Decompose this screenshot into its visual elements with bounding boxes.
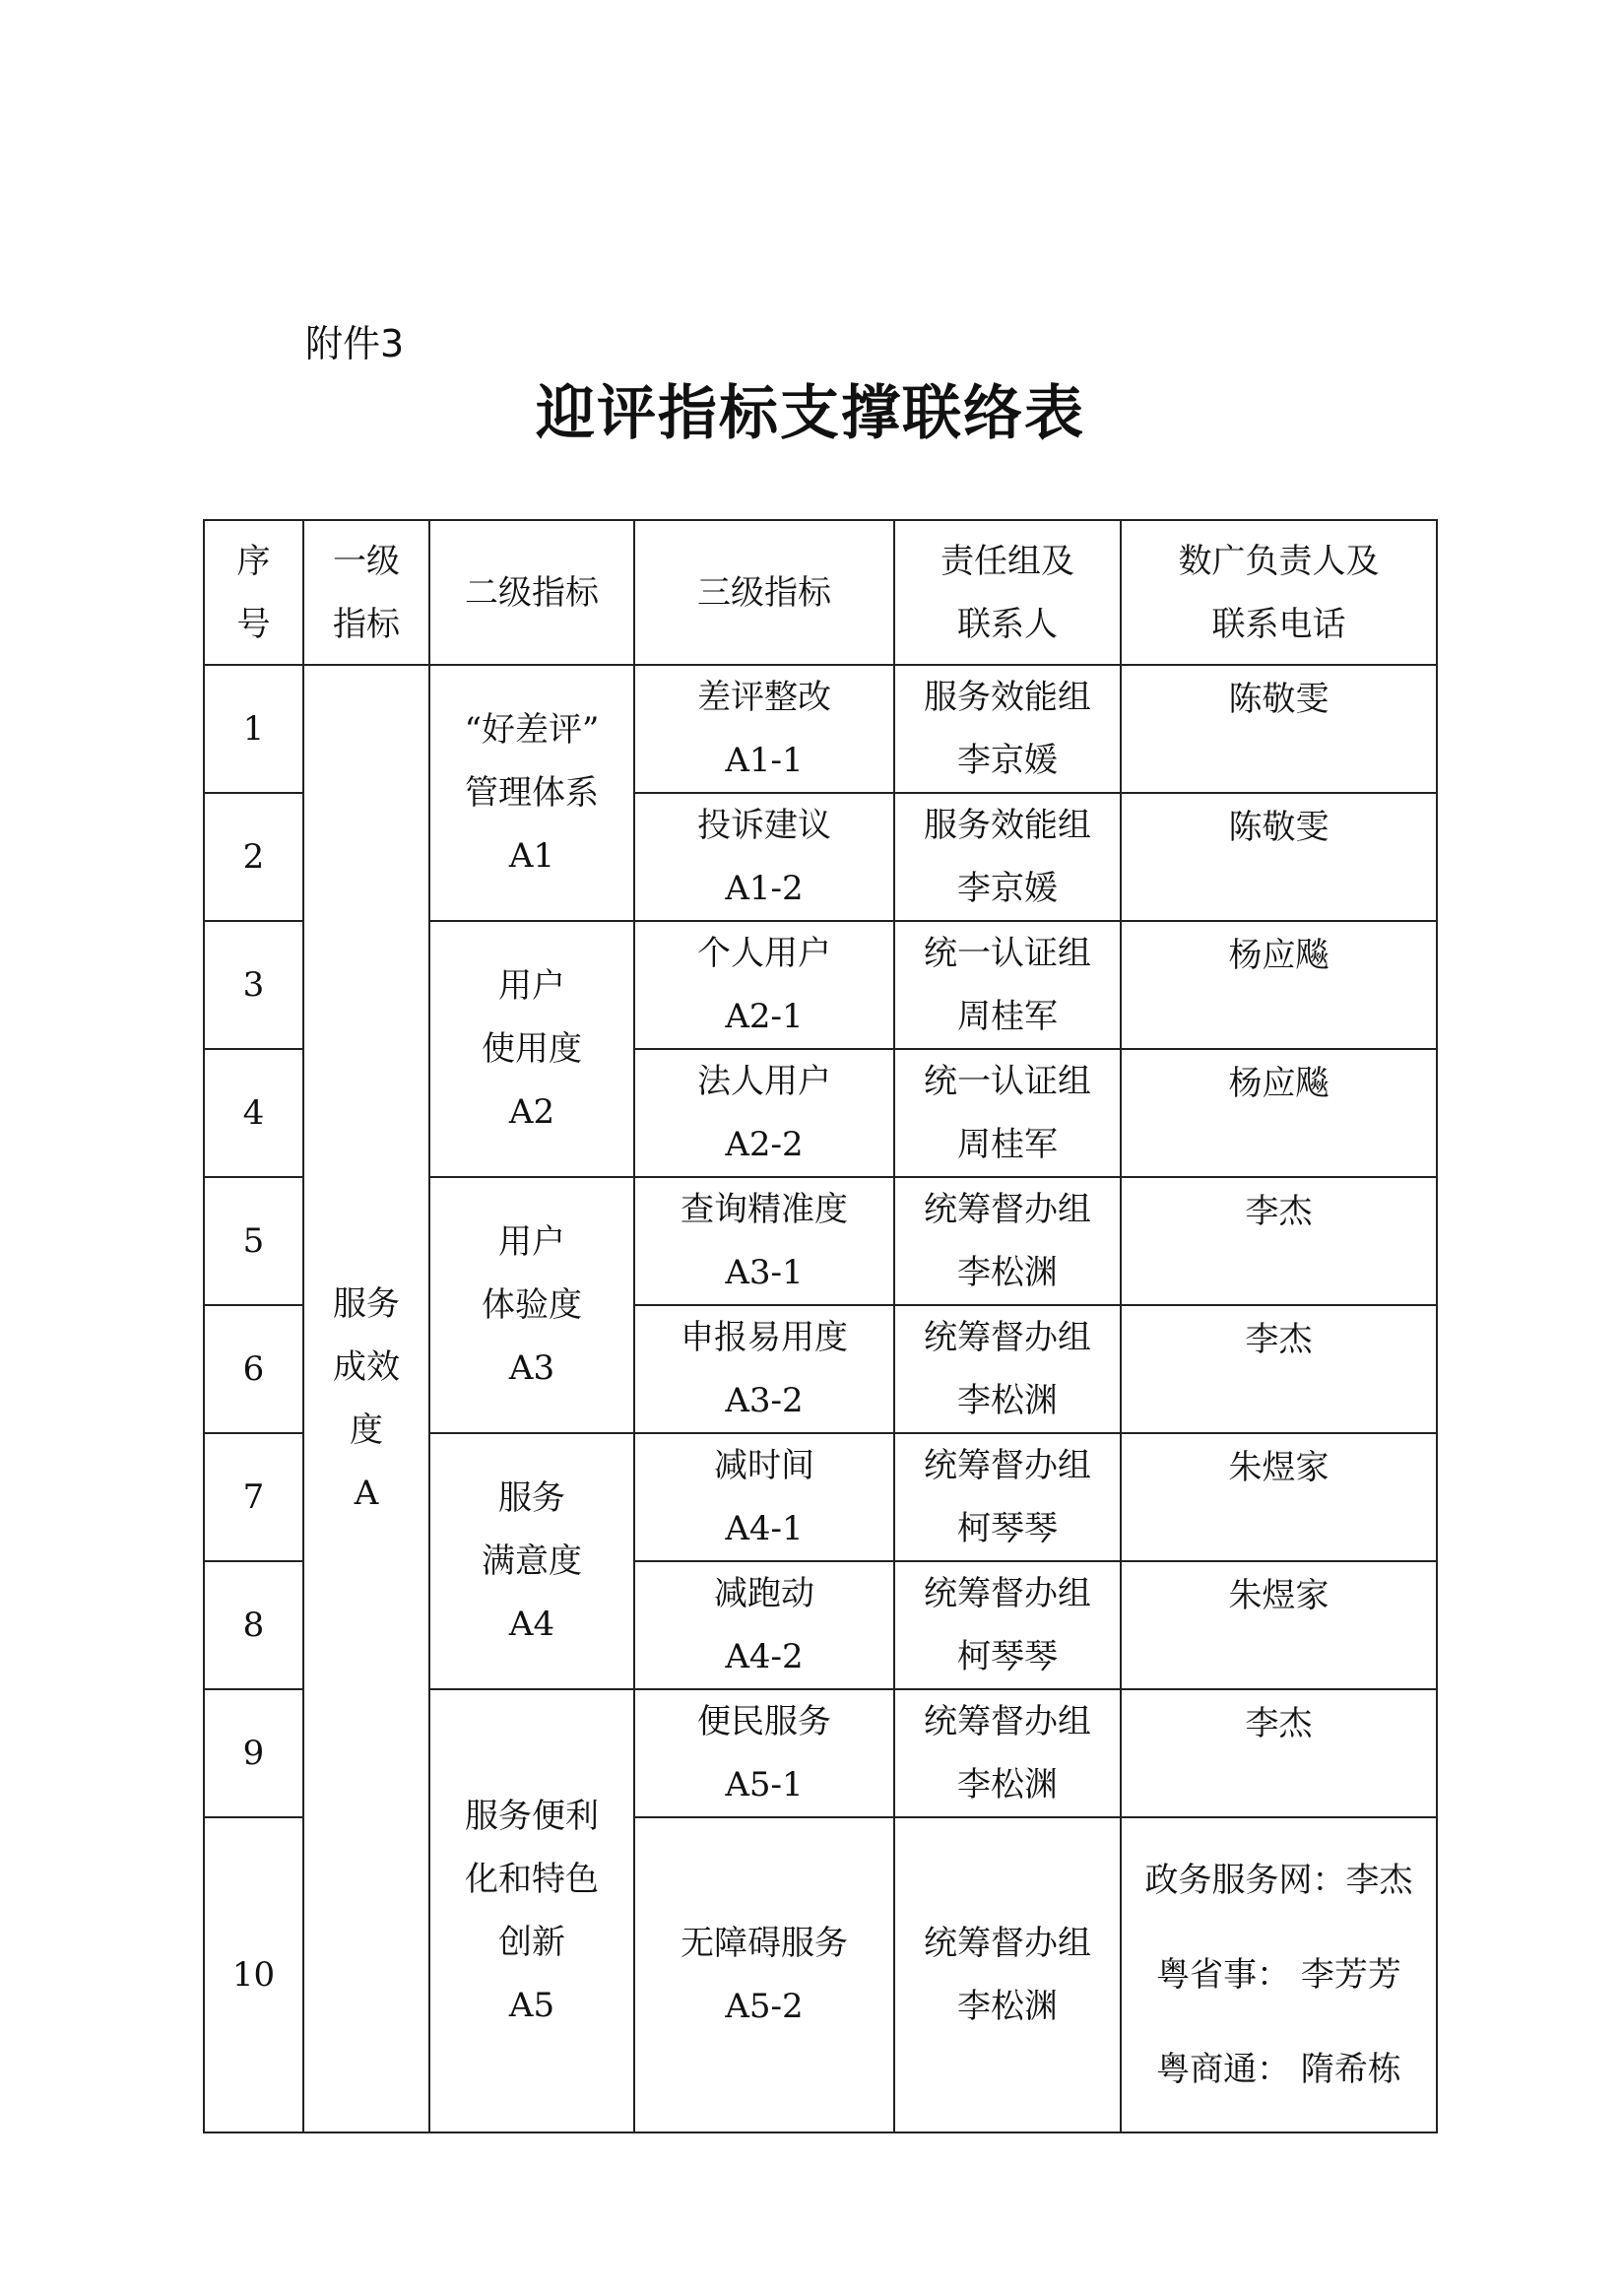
owner-contact-cell: 朱煜家 — [1121, 1561, 1437, 1689]
table-row: 1服务成效度A“好差评”管理体系A1差评整改A1-1服务效能组李京媛陈敬雯 — [204, 665, 1437, 793]
row-number: 1 — [204, 665, 303, 793]
col-header-group: 责任组及联系人 — [894, 520, 1121, 665]
row-number: 8 — [204, 1561, 303, 1689]
level3-cell: 法人用户A2-2 — [634, 1049, 894, 1177]
level3-cell: 减跑动A4-2 — [634, 1561, 894, 1689]
col-header-level2: 二级指标 — [429, 520, 634, 665]
group-contact-cell: 统一认证组周桂军 — [894, 921, 1121, 1049]
row-number: 7 — [204, 1433, 303, 1561]
level2-cell: 服务满意度A4 — [429, 1433, 634, 1689]
attachment-label: 附件3 — [305, 313, 404, 367]
col-header-level1: 一级指标 — [303, 520, 429, 665]
level3-cell: 便民服务A5-1 — [634, 1689, 894, 1817]
owner-contact-cell: 陈敬雯 — [1121, 665, 1437, 793]
row-number: 9 — [204, 1689, 303, 1817]
owner-contact-cell: 李杰 — [1121, 1689, 1437, 1817]
level2-cell: 用户体验度A3 — [429, 1177, 634, 1433]
group-contact-cell: 服务效能组李京媛 — [894, 793, 1121, 921]
contact-table: 序号 一级指标 二级指标 三级指标 责任组及联系人 数广负责人及联系电话 1服务… — [203, 519, 1438, 2133]
owner-contact-cell: 李杰 — [1121, 1177, 1437, 1305]
owner-contact-cell: 朱煜家 — [1121, 1433, 1437, 1561]
page-title: 迎评指标支撑联络表 — [0, 366, 1621, 451]
col-header-no: 序号 — [204, 520, 303, 665]
col-header-owner: 数广负责人及联系电话 — [1121, 520, 1437, 665]
level3-cell: 申报易用度A3-2 — [634, 1305, 894, 1433]
group-contact-cell: 统筹督办组李松渊 — [894, 1817, 1121, 2132]
group-contact-cell: 统筹督办组李松渊 — [894, 1689, 1121, 1817]
group-contact-cell: 统一认证组周桂军 — [894, 1049, 1121, 1177]
row-number: 6 — [204, 1305, 303, 1433]
level3-cell: 投诉建议A1-2 — [634, 793, 894, 921]
level3-cell: 减时间A4-1 — [634, 1433, 894, 1561]
level2-cell: “好差评”管理体系A1 — [429, 665, 634, 921]
row-number: 2 — [204, 793, 303, 921]
level1-cell: 服务成效度A — [303, 665, 429, 2132]
level3-cell: 查询精准度A3-1 — [634, 1177, 894, 1305]
owner-contact-cell: 陈敬雯 — [1121, 793, 1437, 921]
level2-cell: 用户使用度A2 — [429, 921, 634, 1177]
owner-contact-cell: 政务服务网：李杰粤省事： 李芳芳粤商通： 隋希栋 — [1121, 1817, 1437, 2132]
table-header-row: 序号 一级指标 二级指标 三级指标 责任组及联系人 数广负责人及联系电话 — [204, 520, 1437, 665]
owner-contact-cell: 杨应飚 — [1121, 1049, 1437, 1177]
level3-cell: 差评整改A1-1 — [634, 665, 894, 793]
level2-cell: 服务便利化和特色创新A5 — [429, 1689, 634, 2132]
group-contact-cell: 统筹督办组柯琴琴 — [894, 1561, 1121, 1689]
group-contact-cell: 统筹督办组李松渊 — [894, 1177, 1121, 1305]
col-header-level3: 三级指标 — [634, 520, 894, 665]
level3-cell: 无障碍服务A5-2 — [634, 1817, 894, 2132]
row-number: 4 — [204, 1049, 303, 1177]
owner-contact-cell: 李杰 — [1121, 1305, 1437, 1433]
row-number: 10 — [204, 1817, 303, 2132]
group-contact-cell: 统筹督办组柯琴琴 — [894, 1433, 1121, 1561]
level3-cell: 个人用户A2-1 — [634, 921, 894, 1049]
owner-contact-cell: 杨应飚 — [1121, 921, 1437, 1049]
group-contact-cell: 服务效能组李京媛 — [894, 665, 1121, 793]
group-contact-cell: 统筹督办组李松渊 — [894, 1305, 1121, 1433]
row-number: 5 — [204, 1177, 303, 1305]
row-number: 3 — [204, 921, 303, 1049]
